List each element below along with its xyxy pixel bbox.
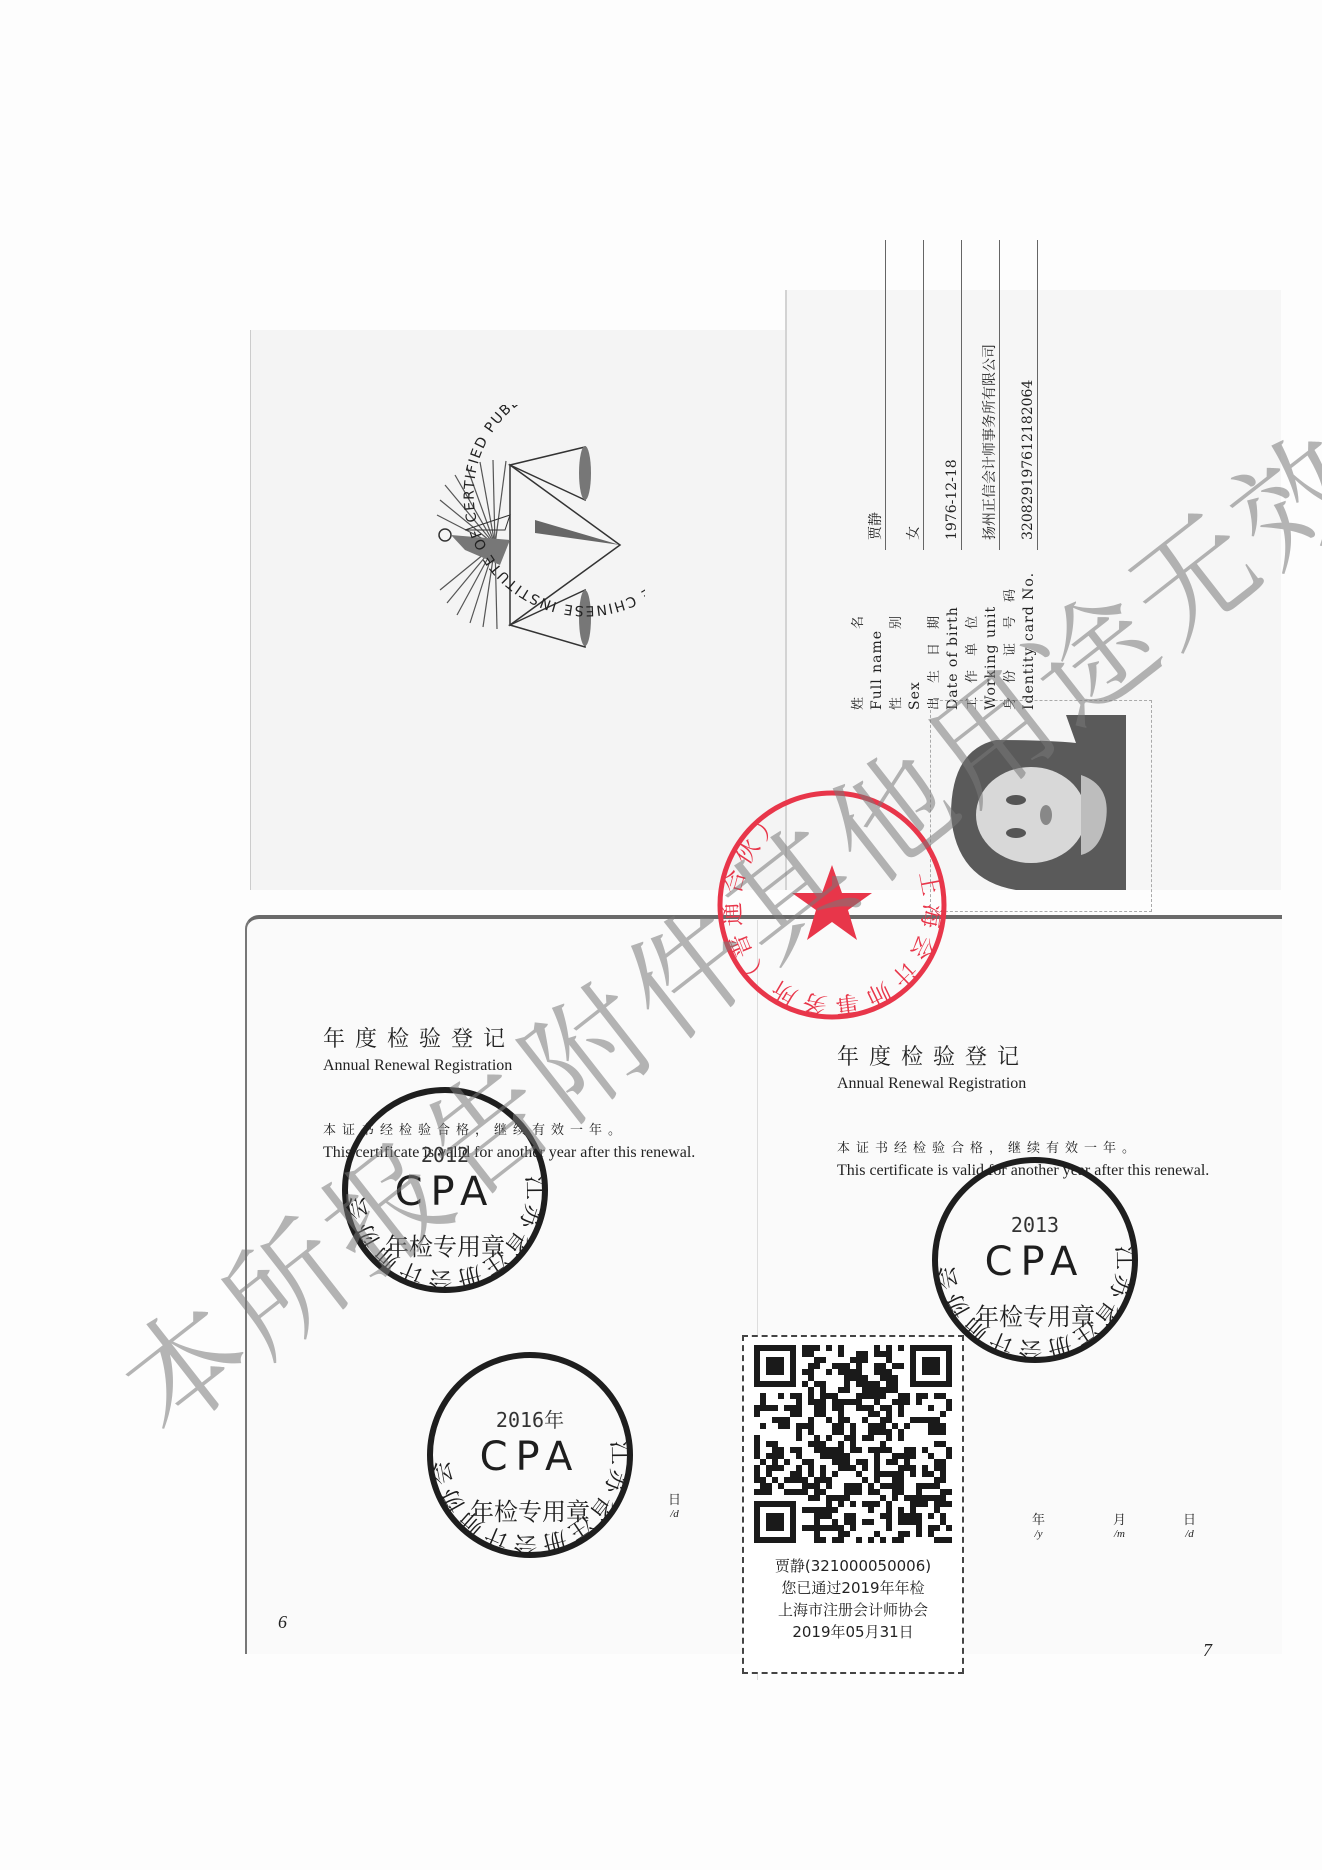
right-date-year: 年 /y — [1032, 1512, 1045, 1542]
info-label-cn: 出生日期 — [924, 240, 943, 710]
qr-code[interactable] — [754, 1345, 952, 1543]
svg-text:年检专用章: 年检专用章 — [385, 1233, 505, 1261]
info-label-cn: 姓 名 — [848, 240, 867, 710]
info-value: 1976-12-18 — [944, 240, 962, 550]
info-row: Working unit扬州正信会计师事务所有限公司 — [981, 240, 1000, 710]
page-number-left: 6 — [278, 1612, 287, 1633]
cicpa-logo: THE CHINESE INSTITUTE OF CERTIFIED PUBLI… — [385, 405, 645, 705]
right-date-day: 日 /d — [1183, 1512, 1196, 1542]
info-value: 320829197612182064 — [1020, 240, 1038, 550]
info-label-cn: 性 别 — [886, 240, 905, 710]
renewal-title-en: Annual Renewal Registration — [323, 1057, 703, 1075]
info-row: Sex女 — [905, 240, 924, 710]
svg-text:年检专用章: 年检专用章 — [470, 1498, 590, 1526]
svg-text:2013: 2013 — [1011, 1213, 1059, 1237]
svg-text:2012: 2012 — [421, 1143, 469, 1167]
left-date-day: 日 /d — [668, 1492, 681, 1522]
renewal-title-en: Annual Renewal Registration — [837, 1075, 1217, 1093]
personal-info-block: 姓 名Full name贾静性 别Sex女出生日期Date of birth19… — [848, 240, 1148, 710]
renewal-title-cn: 年度检验登记 — [837, 1040, 1217, 1071]
svg-text:CPA: CPA — [480, 1434, 581, 1480]
info-row: Date of birth1976-12-18 — [943, 240, 962, 710]
cpa-stamp-2016: 江苏省注册会计师协会CPA年检专用章2016年 — [420, 1345, 640, 1565]
svg-text:CPA: CPA — [395, 1169, 496, 1215]
info-row: Identity card No.320829197612182064 — [1019, 240, 1038, 710]
svg-text:年检专用章: 年检专用章 — [975, 1303, 1095, 1331]
cpa-stamp-2012: 江苏省注册会计师协会CPA年检专用章2012 — [335, 1080, 555, 1300]
info-value: 贾静 — [868, 240, 886, 550]
page-number-right: 7 — [1203, 1640, 1212, 1661]
qr-renewal-notice: 贾静(321000050006) 您已通过2019年年检 上海市注册会计师协会 … — [742, 1335, 964, 1674]
renewal-title-cn: 年度检验登记 — [323, 1022, 703, 1053]
info-row: Full name贾静 — [867, 240, 886, 710]
qr-notice-text: 贾静(321000050006) 您已通过2019年年检 上海市注册会计师协会 … — [744, 1555, 962, 1643]
red-company-seal: 上海会计师事务所（普通合伙） — [712, 785, 952, 1025]
info-label-cn: 身份证号码 — [1000, 240, 1019, 710]
info-value: 扬州正信会计师事务所有限公司 — [982, 240, 1000, 550]
svg-text:CPA: CPA — [985, 1239, 1086, 1285]
info-value: 女 — [906, 240, 924, 550]
right-date-month: 月 /m — [1113, 1512, 1126, 1542]
id-photo — [936, 705, 1151, 905]
info-label-cn: 工作单位 — [962, 240, 981, 710]
svg-text:2016年: 2016年 — [496, 1408, 564, 1432]
